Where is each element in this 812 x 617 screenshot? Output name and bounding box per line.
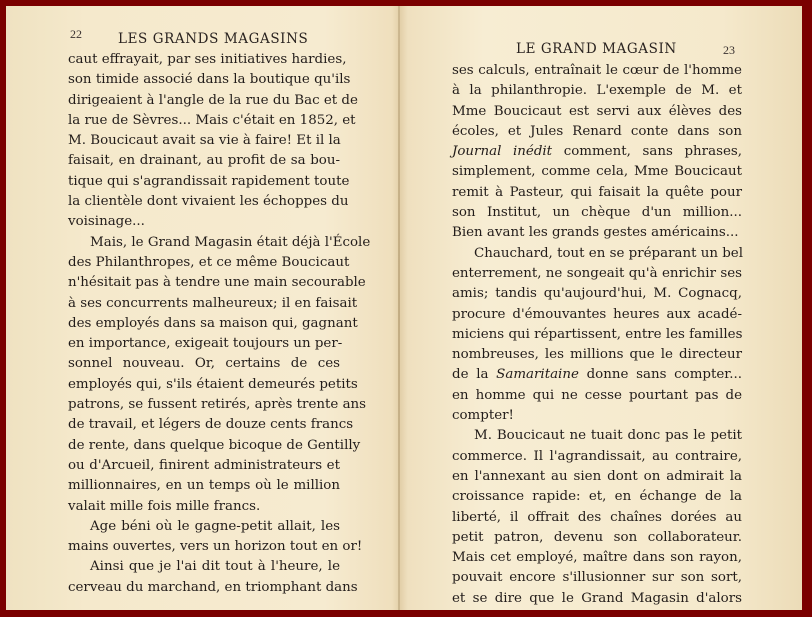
text-line: sonnel nouveau. Or, certains de ces [68,354,340,374]
text-line: pouvait encore s'illusionner sur son sor… [452,568,742,588]
text-line: valait mille fois mille francs. [68,497,340,517]
text-line: des employés dans sa maison qui, gagnant [68,314,340,334]
text-line: tique qui s'agrandissait rapidement tout… [68,172,340,192]
right-page: LE GRAND MAGASIN 23 ses calculs, entraîn… [400,6,802,610]
book-spread: 22 LES GRANDS MAGASINS caut effrayait, p… [6,6,802,610]
left-page: 22 LES GRANDS MAGASINS caut effrayait, p… [6,6,398,610]
text-line: amis; tandis qu'aujourd'hui, M. Cognacq, [452,284,742,304]
text-line: la rue de Sèvres... Mais c'était en 1852… [68,111,340,131]
text-line: n'hésitait pas à tendre une main secoura… [68,273,340,293]
text-line: Age béni où le gagne-petit allait, les [68,517,340,537]
text-line: Ainsi que je l'ai dit tout à l'heure, le [68,557,340,577]
text-line: en homme qui ne cesse pourtant pas de [452,386,742,406]
text-line: commerce. Il l'agrandissait, au contrair… [452,447,742,467]
text-line: procure d'émouvantes heures aux acadé- [452,305,742,325]
text-line: compter! [452,406,742,426]
text-line: cerveau du marchand, en triomphant dans [68,578,340,598]
text-line: millionnaires, en un temps où le million [68,476,340,496]
text-line: en l'annexant au sien dont on admirait l… [452,467,742,487]
text-line: petit patron, devenu son collaborateur. [452,528,742,548]
text-line: des Philanthropes, et ce même Boucicaut [68,253,340,273]
text-line: mains ouvertes, vers un horizon tout en … [68,537,340,557]
text-line: écoles, et Jules Renard conte dans son [452,122,742,142]
text-line: en importance, exigeait toujours un per- [68,334,340,354]
body-text: caut effrayait, par ses initiatives hard… [68,50,340,598]
text-line: son Institut, un chèque d'un million... [452,203,742,223]
body-text: ses calculs, entraînait le cœur de l'hom… [452,61,742,609]
text-line: voisinage... [68,212,340,232]
text-line: de la Samaritaine donne sans compter... [452,365,742,385]
text-line: M. Boucicaut ne tuait donc pas le petit [452,426,742,446]
text-line: Bien avant les grands gestes américains.… [452,223,742,243]
text-line: de travail, et légers de douze cents fra… [68,415,340,435]
text-line: enterrement, ne songeait qu'à enrichir s… [452,264,742,284]
page-number: 22 [70,27,82,42]
text-line: patrons, se fussent retirés, après trent… [68,395,340,415]
text-line: à ses concurrents malheureux; il en fais… [68,294,340,314]
text-line: Chauchard, tout en se préparant un bel [452,244,742,264]
running-head: LES GRANDS MAGASINS [118,31,308,47]
text-line: employés qui, s'ils étaient demeurés pet… [68,375,340,395]
text-line: Mme Boucicaut est servi aux élèves des [452,102,742,122]
text-line: ou d'Arcueil, finirent administrateurs e… [68,456,340,476]
running-head: LE GRAND MAGASIN [516,41,677,57]
text-line: croissance rapide: et, en échange de la [452,487,742,507]
text-line: Journal inédit comment, sans phrases, [452,142,742,162]
text-line: caut effrayait, par ses initiatives hard… [68,50,340,70]
text-line: faisait, en drainant, au profit de sa bo… [68,151,340,171]
text-line: liberté, il offrait des chaînes dorées a… [452,508,742,528]
text-line: simplement, comme cela, Mme Boucicaut [452,162,742,182]
text-line: nombreuses, les millions que le directeu… [452,345,742,365]
text-line: à la philanthropie. L'exemple de M. et [452,81,742,101]
text-line: ses calculs, entraînait le cœur de l'hom… [452,61,742,81]
text-line: et se dire que le Grand Magasin d'alors [452,589,742,609]
text-line: miciens qui répartissent, entre les fami… [452,325,742,345]
text-line: M. Boucicaut avait sa vie à faire! Et il… [68,131,340,151]
text-line: Mais, le Grand Magasin était déjà l'Écol… [68,233,340,253]
text-line: remit à Pasteur, qui faisait la quête po… [452,183,742,203]
page-number: 23 [723,43,735,58]
text-line: son timide associé dans la boutique qu'i… [68,70,340,90]
text-line: la clientèle dont vivaient les échoppes … [68,192,340,212]
text-line: de rente, dans quelque bicoque de Gentil… [68,436,340,456]
text-line: Mais cet employé, maître dans son rayon, [452,548,742,568]
text-line: dirigeaient à l'angle de la rue du Bac e… [68,91,340,111]
